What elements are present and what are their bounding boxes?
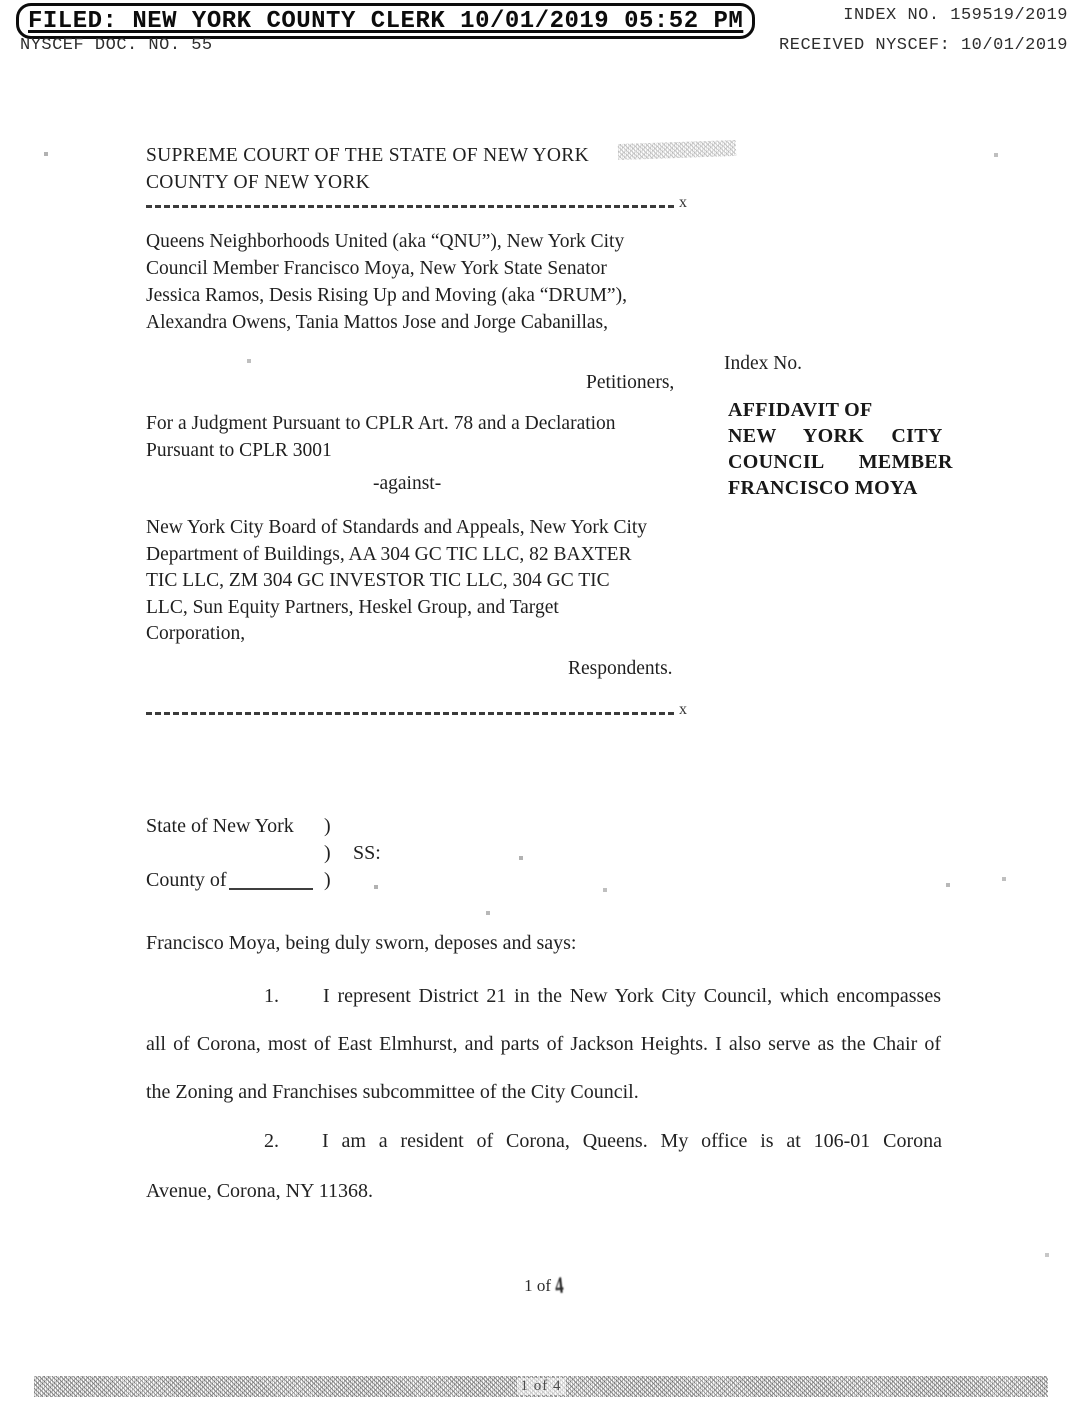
affidavit-title-line-3: COUNCIL MEMBER	[728, 449, 944, 475]
affidavit-title-line-2: NEW YORK CITY	[728, 423, 944, 449]
respondents-names: New York City Board of Standards and App…	[146, 515, 706, 648]
page-indicator: 1 of 4	[0, 1276, 1088, 1296]
paragraph-1-line-2: all of Corona, most of East Elmhurst, an…	[146, 1033, 941, 1056]
page-indicator-prefix: 1 of	[524, 1276, 551, 1295]
venue-county-label: County of	[146, 869, 227, 892]
affidavit-title: AFFIDAVIT OF NEW YORK CITY COUNCIL MEMBE…	[728, 397, 944, 501]
bottom-scan-band: 1 of 4	[34, 1376, 1048, 1397]
paragraph-2-number: 2.	[264, 1130, 279, 1153]
affiant-intro-line: Francisco Moya, being duly sworn, depose…	[146, 932, 577, 955]
against-label: -against-	[373, 470, 441, 497]
filed-banner-text: FILED: NEW YORK COUNTY CLERK 10/01/2019 …	[28, 8, 743, 35]
county-blank-line	[229, 888, 313, 890]
court-name: SUPREME COURT OF THE STATE OF NEW YORK C…	[146, 142, 589, 196]
venue-state-label: State of New York	[146, 815, 294, 838]
caption-divider-top-x: x	[679, 194, 687, 212]
paragraph-2-line-1: I am a resident of Corona, Queens. My of…	[322, 1130, 942, 1153]
paragraph-2-line-2: Avenue, Corona, NY 11368.	[146, 1180, 373, 1203]
nyscef-doc-number: NYSCEF DOC. NO. 55	[20, 36, 213, 55]
caption-divider-top	[146, 205, 674, 208]
affidavit-title-line-4: FRANCISCO MOYA	[728, 475, 944, 501]
page-indicator-total-smudged: 4	[554, 1272, 565, 1300]
scan-noise-dots	[0, 0, 2, 2]
venue-paren-1: )	[324, 815, 331, 838]
venue-ss-label: SS:	[353, 842, 381, 865]
received-nyscef-date: RECEIVED NYSCEF: 10/01/2019	[779, 36, 1068, 55]
bottom-page-indicator: 1 of 4	[517, 1378, 566, 1395]
venue-paren-3: )	[324, 869, 331, 892]
caption-divider-bottom	[146, 712, 674, 715]
respondents-label: Respondents.	[568, 655, 673, 682]
paragraph-1-number: 1.	[264, 985, 279, 1008]
petitioners-label: Petitioners,	[586, 369, 674, 396]
filed-banner-box: FILED: NEW YORK COUNTY CLERK 10/01/2019 …	[16, 3, 755, 39]
index-number: INDEX NO. 159519/2019	[843, 6, 1068, 25]
paragraph-1-line-3: the Zoning and Franchises subcommittee o…	[146, 1081, 639, 1104]
affidavit-title-line-1: AFFIDAVIT OF	[728, 397, 944, 423]
paragraph-1-line-1: I represent District 21 in the New York …	[323, 985, 941, 1008]
scan-smudge	[618, 140, 736, 160]
petitioners-names: Queens Neighborhoods United (aka “QNU”),…	[146, 228, 686, 336]
index-no-blank-label: Index No.	[724, 350, 802, 377]
venue-paren-2: )	[324, 842, 331, 865]
caption-divider-bottom-x: x	[679, 701, 687, 719]
document-page: FILED: NEW YORK COUNTY CLERK 10/01/2019 …	[0, 0, 1088, 1408]
relief-sought-text: For a Judgment Pursuant to CPLR Art. 78 …	[146, 410, 706, 464]
